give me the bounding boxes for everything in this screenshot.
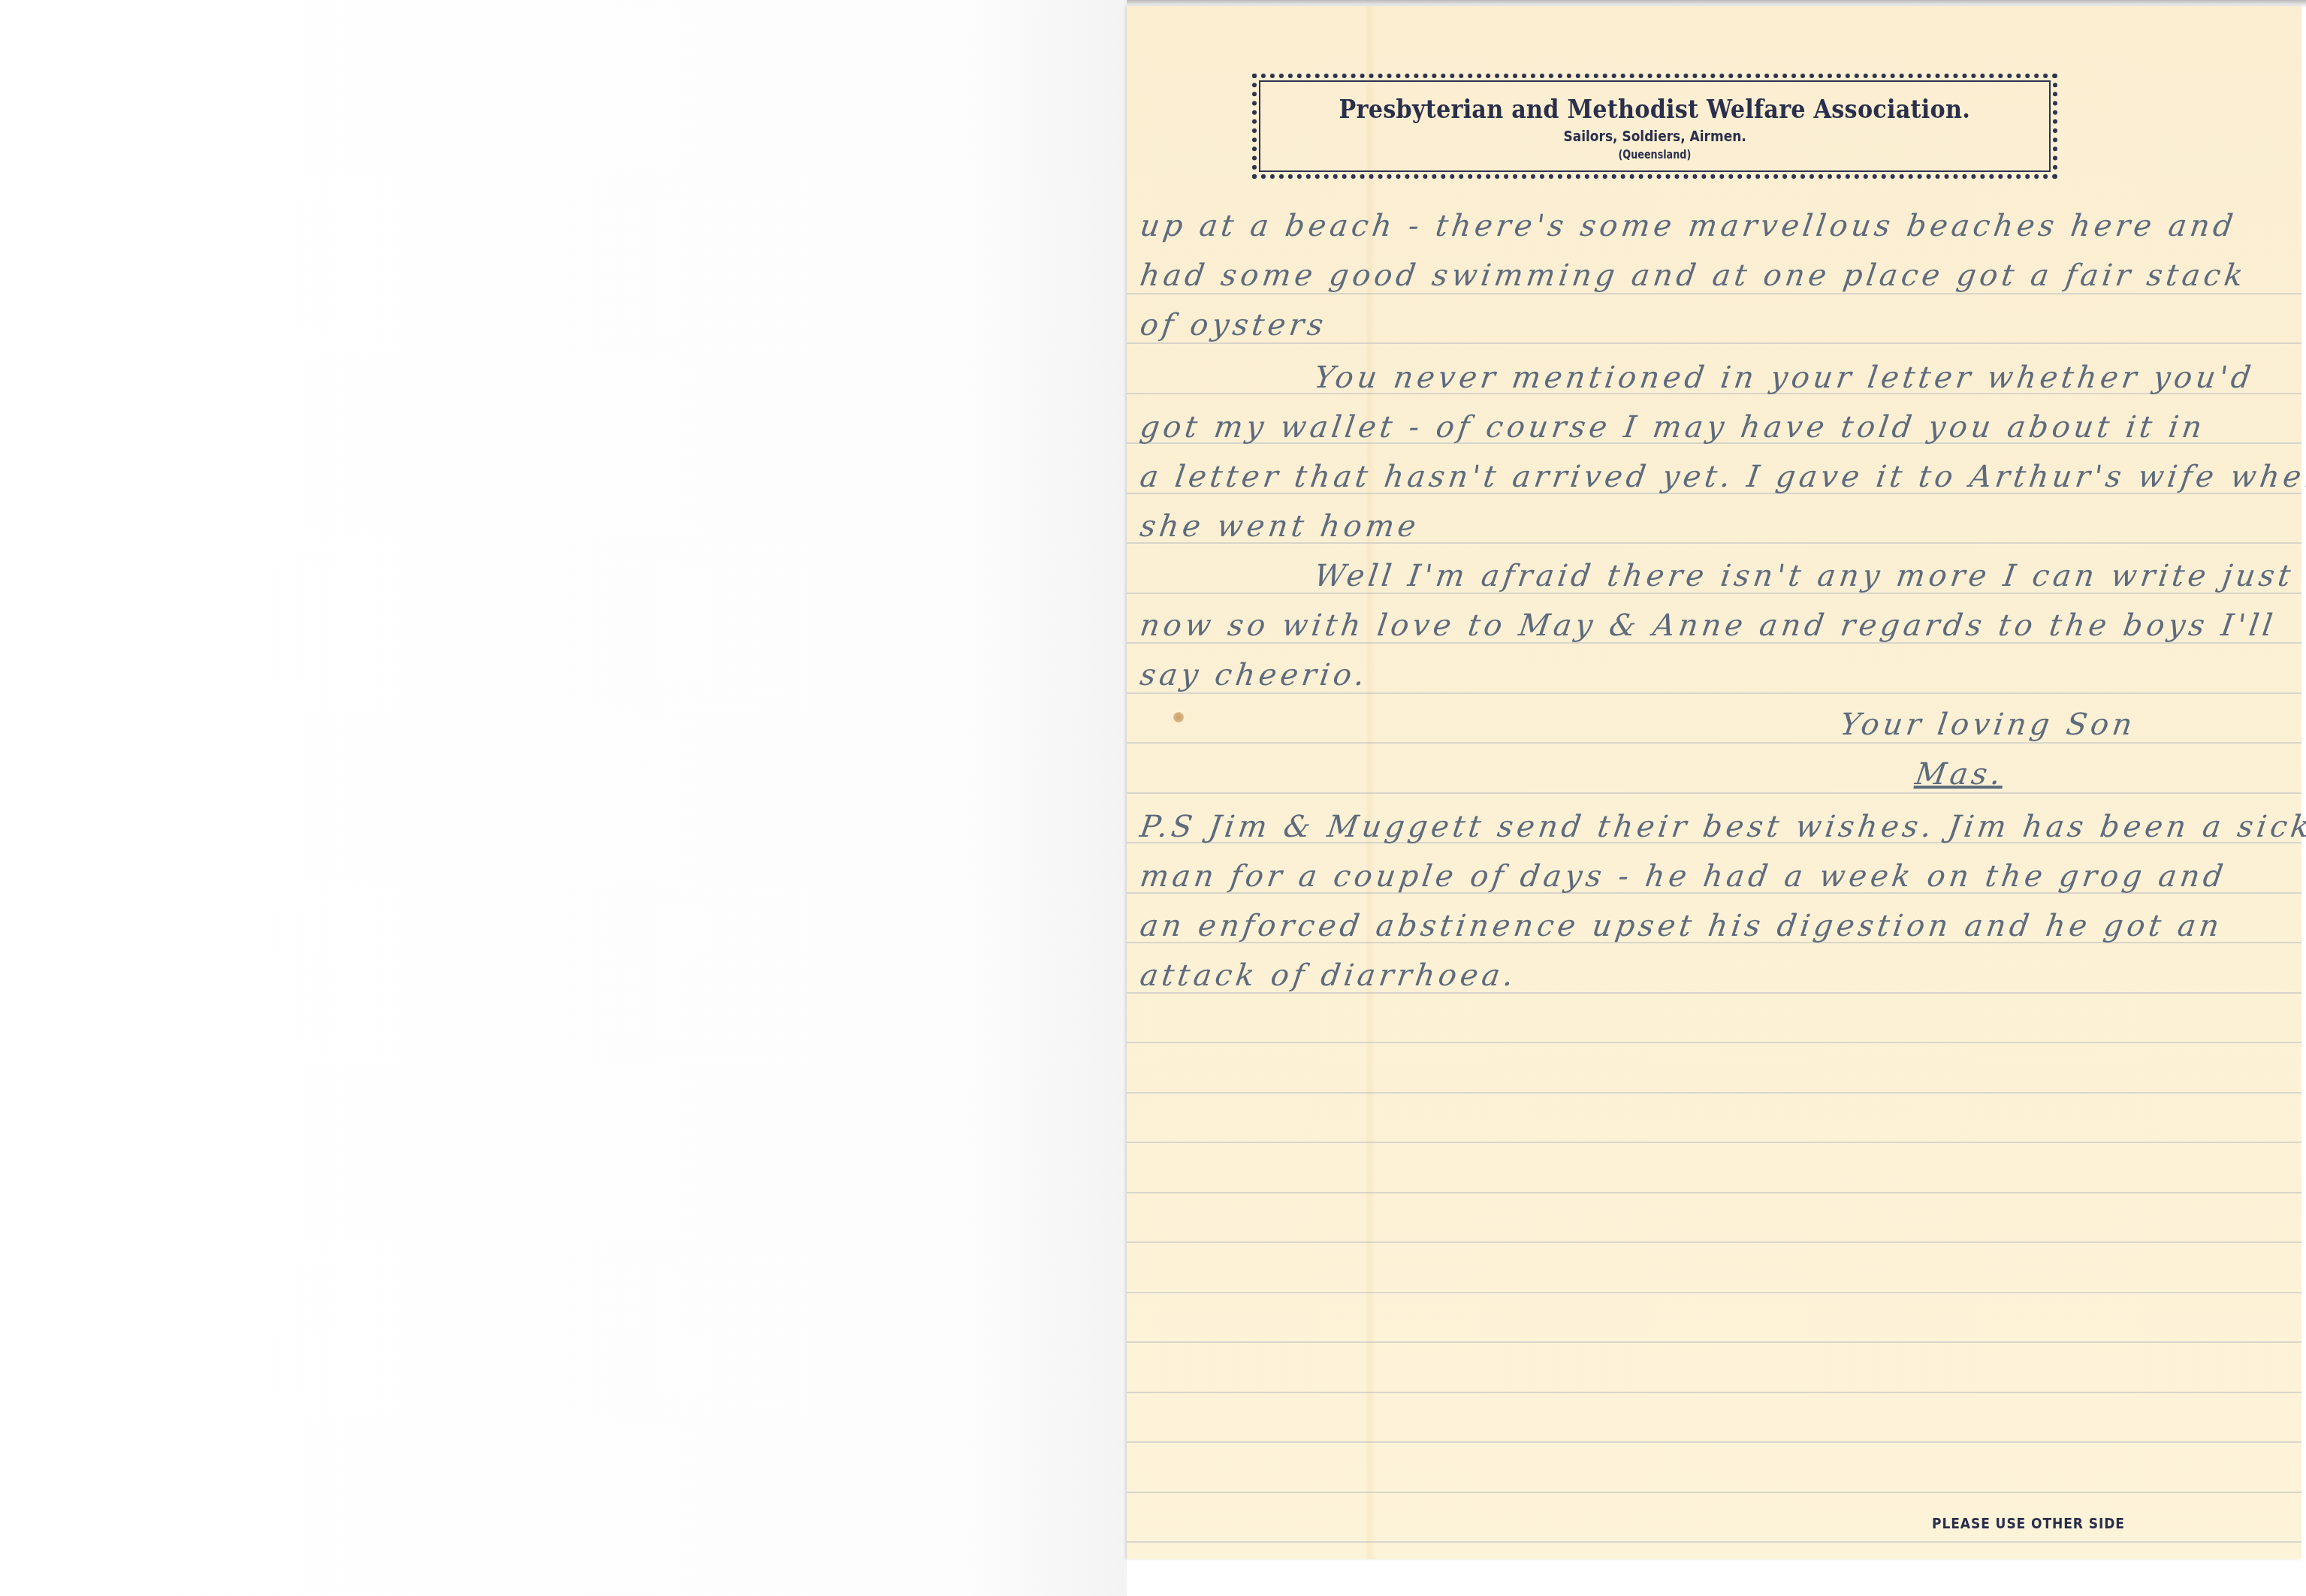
letterhead-box: Presbyterian and Methodist Welfare Assoc… bbox=[1252, 74, 2057, 179]
postscript-line-4: attack of diarrhoea. bbox=[1138, 958, 1520, 993]
body-line-3: of oysters bbox=[1138, 308, 1330, 342]
blank-scan-area bbox=[0, 0, 1127, 1596]
letterhead-title: Presbyterian and Methodist Welfare Assoc… bbox=[1339, 95, 1970, 124]
postscript-line-3: an enforced abstinence upset his digesti… bbox=[1138, 909, 2225, 943]
body-line-1: up at a beach - there's some marvellous … bbox=[1138, 209, 2239, 243]
footer-note: PLEASE USE OTHER SIDE bbox=[1932, 1516, 2125, 1532]
body-line-10: say cheerio. bbox=[1138, 658, 1371, 692]
body-line-8: Well I'm afraid there isn't any more I c… bbox=[1312, 559, 2296, 593]
valediction: Your loving Son bbox=[1838, 707, 2138, 742]
body-line-4: You never mentioned in your letter wheth… bbox=[1312, 361, 2256, 395]
body-line-6: a letter that hasn't arrived yet. I gave… bbox=[1138, 460, 2306, 494]
body-line-2: had some good swimming and at one place … bbox=[1138, 258, 2249, 293]
ink-stain bbox=[1173, 712, 1184, 723]
signature: Mas. bbox=[1913, 757, 2007, 792]
postscript-line-2: man for a couple of days - he had a week… bbox=[1138, 859, 2229, 894]
body-line-5: got my wallet - of course I may have tol… bbox=[1138, 410, 2208, 445]
postscript-line-1: P.S Jim & Muggett send their best wishes… bbox=[1138, 810, 2306, 844]
letter-sheet: Presbyterian and Methodist Welfare Assoc… bbox=[1127, 6, 2301, 1559]
body-line-7: she went home bbox=[1138, 509, 1422, 544]
body-line-9: now so with love to May & Anne and regar… bbox=[1138, 608, 2278, 643]
letterhead-region: (Queensland) bbox=[1619, 148, 1692, 161]
letterhead-subtitle: Sailors, Soldiers, Airmen. bbox=[1563, 127, 1746, 145]
